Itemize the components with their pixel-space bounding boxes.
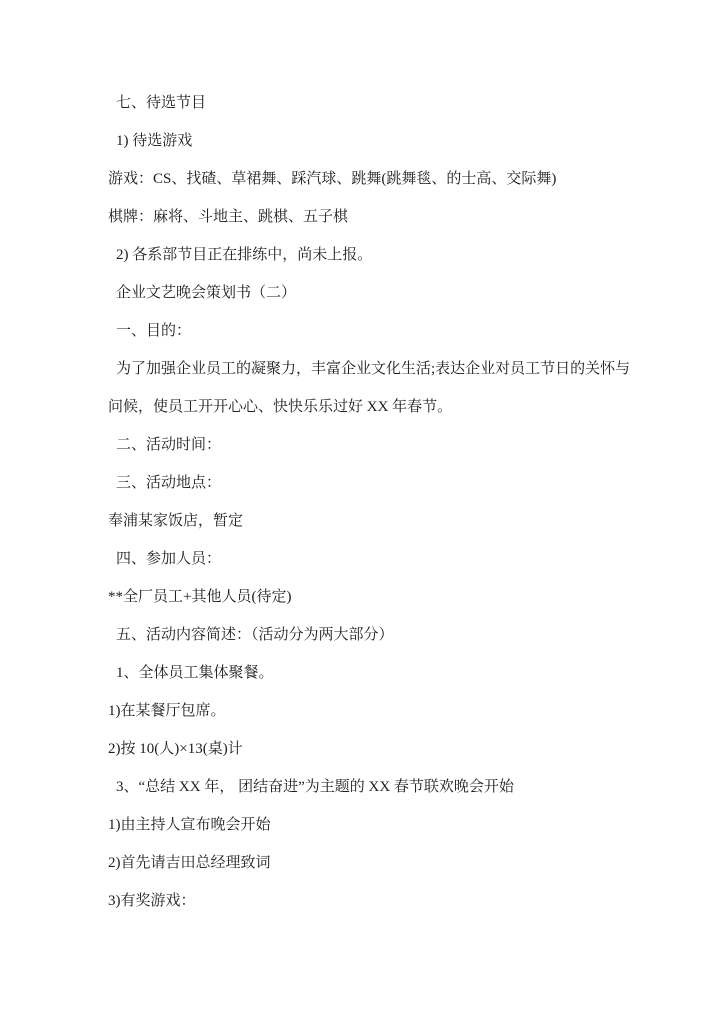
- text-line-paragraph: **全厂员工+其他人员(待定): [108, 578, 614, 616]
- text-line-list-item: 1、全体员工集体聚餐。: [108, 654, 614, 692]
- text-line-list-item: 2)按 10(人)×13(桌)计: [108, 730, 614, 768]
- text-line-section-heading: 五、活动内容简述：（活动分为两大部分）: [108, 616, 614, 654]
- text-line-section-heading: 四、参加人员：: [108, 540, 614, 578]
- text-line-section-heading: 一、目的：: [108, 312, 614, 350]
- text-line-section-heading: 二、活动时间：: [108, 426, 614, 464]
- text-line-paragraph: 问候，使员工开开心心、快快乐乐过好 XX 年春节。: [108, 388, 614, 426]
- text-line-section-heading: 三、活动地点：: [108, 464, 614, 502]
- text-line-list-item: 3)有奖游戏：: [108, 882, 614, 920]
- text-line-list-item: 1)在某餐厅包席。: [108, 692, 614, 730]
- text-line-list-item: 3、“总结 XX 年， 团结奋进”为主题的 XX 春节联欢晚会开始: [108, 768, 614, 806]
- text-line-doc-title: 企业文艺晚会策划书（二）: [108, 274, 614, 312]
- text-line-section-heading: 七、待选节目: [108, 84, 614, 122]
- text-line-paragraph: 为了加强企业员工的凝聚力，丰富企业文化生活;表达企业对员工节日的关怀与: [108, 350, 614, 388]
- text-line-games: 游戏：CS、找碴、草裙舞、踩汽球、跳舞(跳舞毯、的士高、交际舞): [108, 160, 614, 198]
- text-line-list-item: 2)首先请吉田总经理致词: [108, 844, 614, 882]
- text-line-list-item: 1)由主持人宣布晚会开始: [108, 806, 614, 844]
- text-line-board-games: 棋牌：麻将、斗地主、跳棋、五子棋: [108, 198, 614, 236]
- text-line-paragraph: 奉浦某家饭店，暂定: [108, 502, 614, 540]
- document-body: 七、待选节目 1) 待选游戏 游戏：CS、找碴、草裙舞、踩汽球、跳舞(跳舞毯、的…: [108, 84, 614, 920]
- document-page: 七、待选节目 1) 待选游戏 游戏：CS、找碴、草裙舞、踩汽球、跳舞(跳舞毯、的…: [0, 0, 721, 1020]
- text-line-list-item: 1) 待选游戏: [108, 122, 614, 160]
- text-line-list-item: 2) 各系部节目正在排练中，尚未上报。: [108, 236, 614, 274]
